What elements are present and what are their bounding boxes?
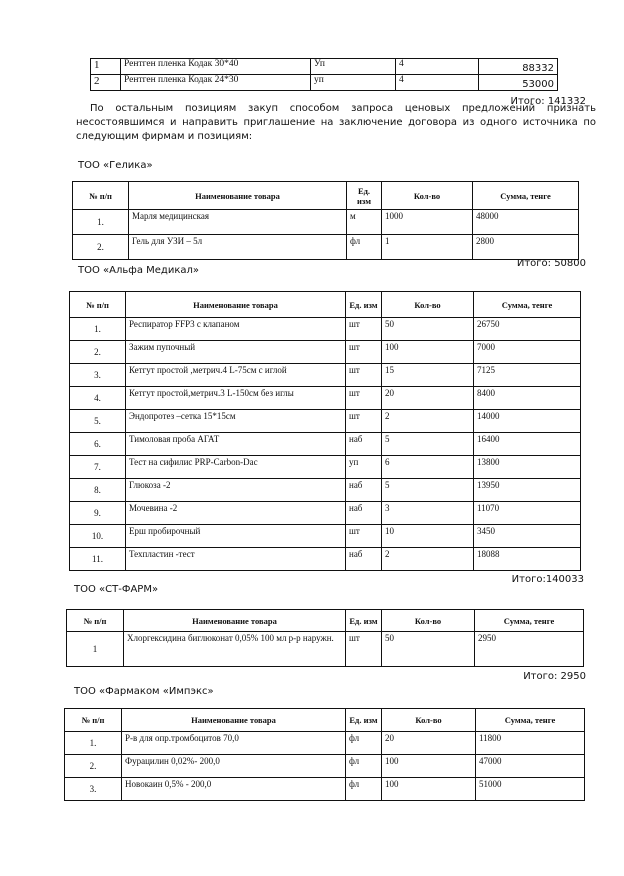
item-num: 3.	[65, 778, 122, 801]
item-sum: 48000	[473, 210, 579, 235]
header-name: Наименование товара	[126, 292, 346, 318]
item-qty: 3	[382, 502, 474, 525]
item-sum: 14000	[474, 410, 581, 433]
item-sum: 88332	[479, 59, 558, 75]
item-unit: шт	[346, 364, 382, 387]
item-name: Кетгут простой,метрич.3 L-150см без иглы	[126, 387, 346, 410]
firm-items-table: № п/пНаименование товараЕд. измКол-воСум…	[72, 181, 579, 260]
item-num: 5.	[70, 410, 126, 433]
paragraph-text: По остальным позициям закуп способом зап…	[76, 103, 596, 142]
header-name: Наименование товара	[129, 182, 347, 210]
item-unit: фл	[346, 778, 382, 801]
item-name: Зажим пупочный	[126, 341, 346, 364]
table-row: 1 Рентген пленка Кодак 30*40 Уп 4 88332	[91, 59, 558, 75]
table-row: 7.Тест на сифилис PRP-Carbon-Dacуп613800	[70, 456, 581, 479]
table-header-row: № п/пНаименование товараЕд. измКол-воСум…	[70, 292, 581, 318]
header-unit: Ед. изм	[347, 182, 382, 210]
firm-total: Итого:140033	[512, 574, 584, 585]
item-unit: уп	[346, 456, 382, 479]
item-name: Ерш пробирочный	[126, 525, 346, 548]
header-name: Наименование товара	[124, 610, 346, 632]
item-sum: 8400	[474, 387, 581, 410]
item-unit: Уп	[311, 59, 396, 75]
item-sum: 7125	[474, 364, 581, 387]
item-qty: 4	[396, 59, 479, 75]
firm-items-table: № п/пНаименование товараЕд. измКол-воСум…	[69, 291, 581, 571]
procurement-paragraph: По остальным позициям закуп способом зап…	[76, 102, 596, 144]
item-sum: 13950	[474, 479, 581, 502]
table-row: 2.Зажим пупочныйшт1007000	[70, 341, 581, 364]
item-unit: фл	[346, 755, 382, 778]
row-num: 2	[91, 75, 121, 91]
item-qty: 5	[382, 479, 474, 502]
header-num: № п/п	[65, 709, 122, 732]
table-row: 2 Рентген пленка Кодак 24*30 уп 4 53000	[91, 75, 558, 91]
item-qty: 100	[382, 778, 476, 801]
firm-items-table: № п/пНаименование товараЕд. измКол-воСум…	[64, 708, 585, 801]
item-qty: 1000	[382, 210, 473, 235]
header-sum: Сумма, тенге	[473, 182, 579, 210]
table-row: 11.Техпластин -тестнаб218088	[70, 548, 581, 571]
table-row: 1Хлоргексидина биглюконат 0,05% 100 мл р…	[67, 632, 584, 667]
table-row: 3.Новокаин 0,5% - 200,0фл10051000	[65, 778, 585, 801]
item-qty: 100	[382, 755, 476, 778]
item-name: Фурацилин 0,02%- 200,0	[122, 755, 346, 778]
table-row: 6.Тимоловая проба АГАТнаб516400	[70, 433, 581, 456]
item-unit: фл	[346, 732, 382, 755]
item-num: 3.	[70, 364, 126, 387]
table-row: 1.Респиратор FFP3 с клапаномшт5026750	[70, 318, 581, 341]
top-items-table: 1 Рентген пленка Кодак 30*40 Уп 4 88332 …	[90, 58, 558, 91]
table-row: 10.Ерш пробирочныйшт103450	[70, 525, 581, 548]
item-qty: 10	[382, 525, 474, 548]
item-name: Рентген пленка Кодак 24*30	[121, 75, 311, 91]
item-unit: шт	[346, 525, 382, 548]
firm-total: Итого: 2950	[523, 671, 586, 682]
item-sum: 53000	[479, 75, 558, 91]
item-qty: 20	[382, 732, 476, 755]
firm-items-table: № п/пНаименование товараЕд. измКол-воСум…	[66, 609, 584, 667]
item-unit: фл	[347, 235, 382, 260]
item-name: Новокаин 0,5% - 200,0	[122, 778, 346, 801]
item-name: Техпластин -тест	[126, 548, 346, 571]
item-qty: 20	[382, 387, 474, 410]
item-num: 11.	[70, 548, 126, 571]
item-num: 2.	[70, 341, 126, 364]
item-name: Тимоловая проба АГАТ	[126, 433, 346, 456]
table-row: 5.Эндопротез –сетка 15*15смшт214000	[70, 410, 581, 433]
firm-total: Итого: 50800	[517, 258, 586, 269]
item-name: Рентген пленка Кодак 30*40	[121, 59, 311, 75]
item-sum: 16400	[474, 433, 581, 456]
table-row: 9.Мочевина -2наб311070	[70, 502, 581, 525]
header-name: Наименование товара	[122, 709, 346, 732]
item-name: Гель для УЗИ – 5л	[129, 235, 347, 260]
item-num: 4.	[70, 387, 126, 410]
item-qty: 50	[382, 318, 474, 341]
header-unit: Ед. изм	[346, 709, 382, 732]
header-sum: Сумма, тенге	[475, 610, 584, 632]
item-qty: 50	[382, 632, 475, 667]
table-header-row: № п/пНаименование товараЕд. измКол-воСум…	[65, 709, 585, 732]
item-name: Р-в для опр.тромбоцитов 70,0	[122, 732, 346, 755]
item-sum: 11800	[476, 732, 585, 755]
item-num: 6.	[70, 433, 126, 456]
item-name: Кетгут простой ,метрич.4 L-75см с иглой	[126, 364, 346, 387]
firm-title: ТОО «СТ-ФАРМ»	[74, 584, 158, 595]
item-sum: 7000	[474, 341, 581, 364]
table-row: 1.Р-в для опр.тромбоцитов 70,0фл2011800	[65, 732, 585, 755]
item-unit: шт	[346, 341, 382, 364]
firm-title: ТОО «Альфа Медикал»	[78, 265, 199, 276]
item-qty: 2	[382, 548, 474, 571]
table-header-row: № п/пНаименование товараЕд. измКол-воСум…	[67, 610, 584, 632]
item-unit: наб	[346, 548, 382, 571]
item-name: Глюкоза -2	[126, 479, 346, 502]
item-unit: шт	[346, 318, 382, 341]
item-name: Марля медицинская	[129, 210, 347, 235]
table-row: 3.Кетгут простой ,метрич.4 L-75см с игло…	[70, 364, 581, 387]
item-num: 2.	[73, 235, 129, 260]
item-name: Мочевина -2	[126, 502, 346, 525]
table-row: 1.Марля медицинскаям100048000	[73, 210, 579, 235]
row-num: 1	[91, 59, 121, 75]
header-num: № п/п	[73, 182, 129, 210]
item-unit: уп	[311, 75, 396, 91]
item-sum: 18088	[474, 548, 581, 571]
item-sum: 2800	[473, 235, 579, 260]
item-unit: наб	[346, 502, 382, 525]
item-unit: шт	[346, 387, 382, 410]
header-unit: Ед. изм	[346, 610, 382, 632]
header-sum: Сумма, тенге	[476, 709, 585, 732]
header-qty: Кол-во	[382, 292, 474, 318]
table-header-row: № п/пНаименование товараЕд. измКол-воСум…	[73, 182, 579, 210]
item-sum: 51000	[476, 778, 585, 801]
header-num: № п/п	[70, 292, 126, 318]
item-qty: 4	[396, 75, 479, 91]
item-qty: 2	[382, 410, 474, 433]
item-num: 1.	[65, 732, 122, 755]
item-sum: 26750	[474, 318, 581, 341]
table-row: 2.Гель для УЗИ – 5лфл12800	[73, 235, 579, 260]
firm-title: ТОО «Фармаком «Импэкс»	[74, 686, 214, 697]
item-num: 2.	[65, 755, 122, 778]
item-num: 8.	[70, 479, 126, 502]
item-unit: шт	[346, 410, 382, 433]
item-num: 10.	[70, 525, 126, 548]
table-row: 8.Глюкоза -2наб513950	[70, 479, 581, 502]
item-num: 9.	[70, 502, 126, 525]
header-qty: Кол-во	[382, 610, 475, 632]
item-sum: 11070	[474, 502, 581, 525]
item-name: Хлоргексидина биглюконат 0,05% 100 мл р-…	[124, 632, 346, 667]
item-name: Эндопротез –сетка 15*15см	[126, 410, 346, 433]
item-num: 7.	[70, 456, 126, 479]
item-sum: 2950	[475, 632, 584, 667]
item-qty: 1	[382, 235, 473, 260]
item-qty: 100	[382, 341, 474, 364]
table-row: 4.Кетгут простой,метрич.3 L-150см без иг…	[70, 387, 581, 410]
item-num: 1	[67, 632, 124, 667]
item-num: 1.	[73, 210, 129, 235]
item-unit: шт	[346, 632, 382, 667]
header-qty: Кол-во	[382, 182, 473, 210]
firm-title: ТОО «Гелика»	[78, 160, 153, 171]
item-unit: наб	[346, 433, 382, 456]
item-qty: 15	[382, 364, 474, 387]
header-sum: Сумма, тенге	[474, 292, 581, 318]
header-num: № п/п	[67, 610, 124, 632]
item-sum: 13800	[474, 456, 581, 479]
item-unit: наб	[346, 479, 382, 502]
item-name: Респиратор FFP3 с клапаном	[126, 318, 346, 341]
table-row: 2.Фурацилин 0,02%- 200,0фл10047000	[65, 755, 585, 778]
item-sum: 47000	[476, 755, 585, 778]
item-unit: м	[347, 210, 382, 235]
item-qty: 5	[382, 433, 474, 456]
item-sum: 3450	[474, 525, 581, 548]
header-unit: Ед. изм	[346, 292, 382, 318]
item-num: 1.	[70, 318, 126, 341]
header-qty: Кол-во	[382, 709, 476, 732]
item-name: Тест на сифилис PRP-Carbon-Dac	[126, 456, 346, 479]
item-qty: 6	[382, 456, 474, 479]
